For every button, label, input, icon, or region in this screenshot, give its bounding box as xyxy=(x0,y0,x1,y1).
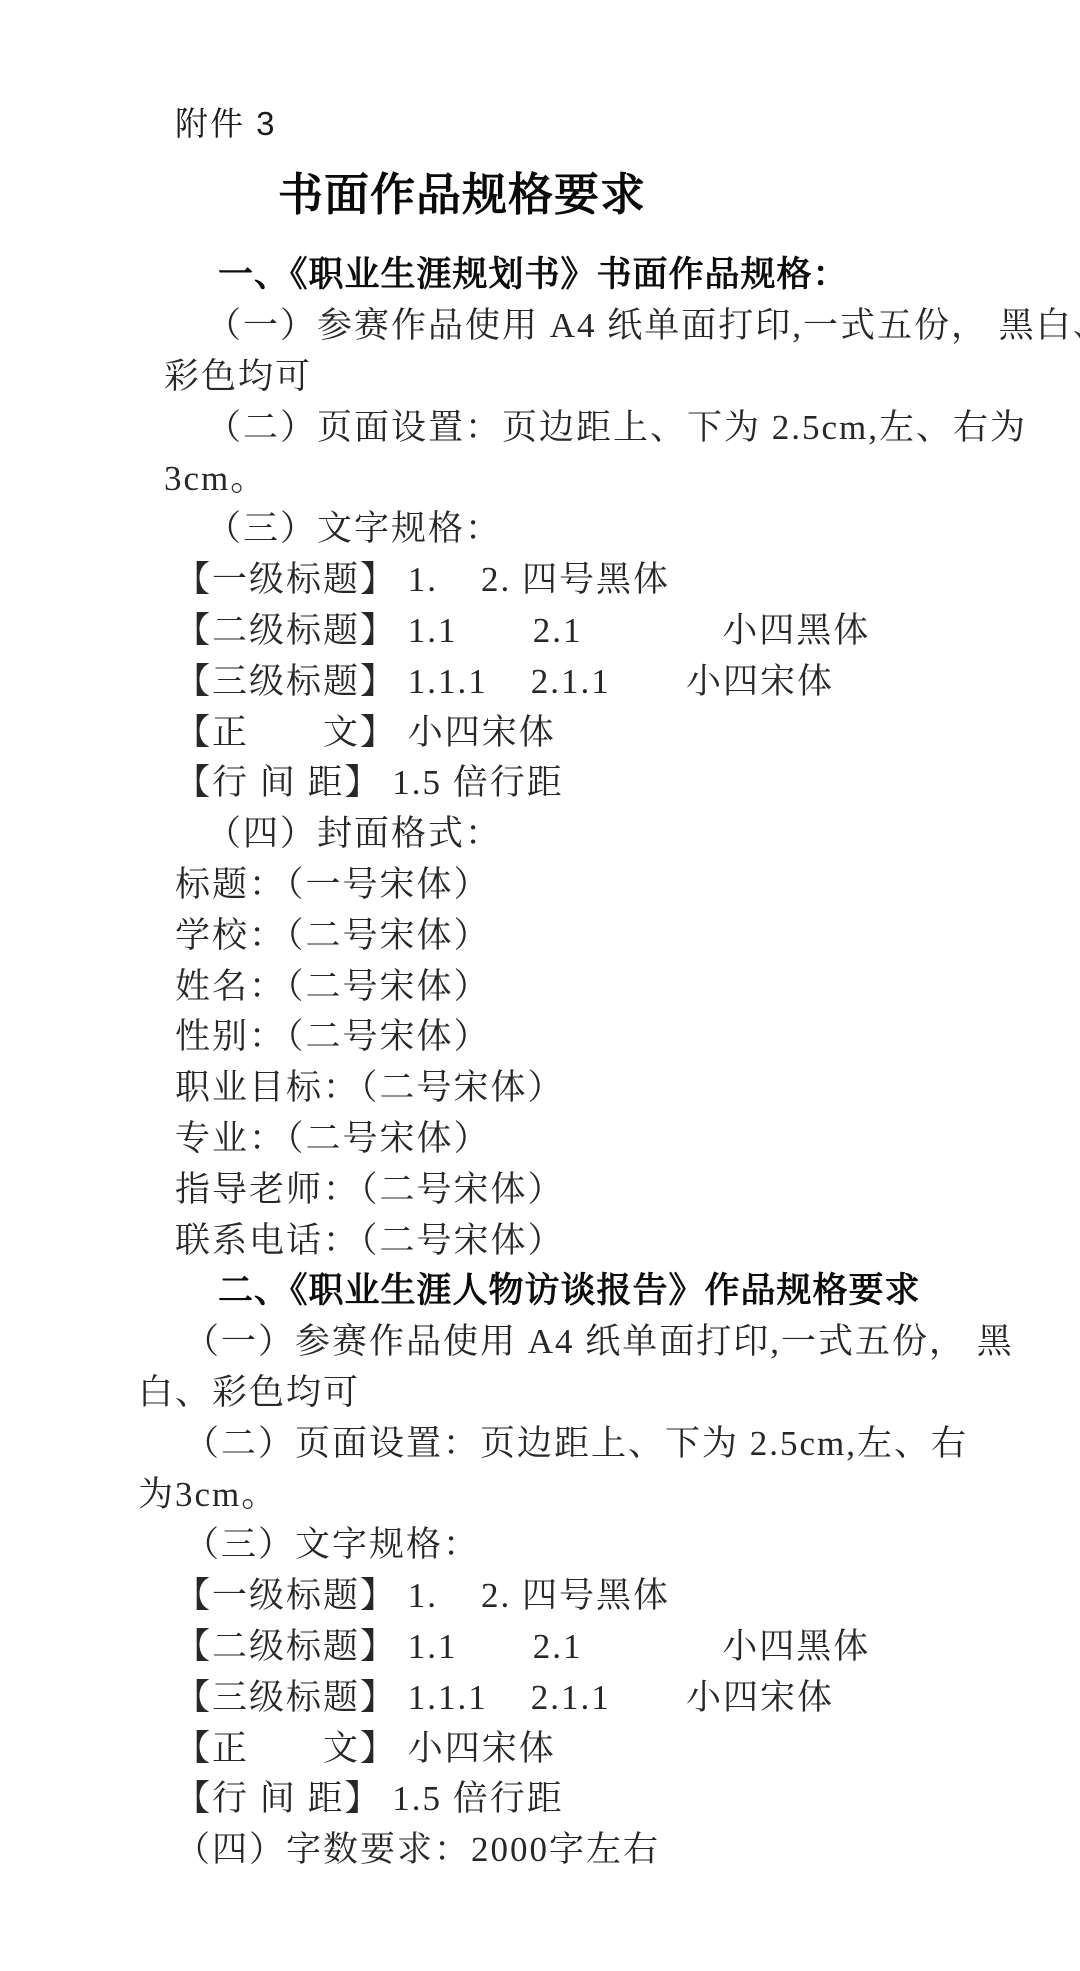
document-title: 书面作品规格要求 xyxy=(278,166,646,224)
document-body: 一、《职业生涯规划书》书面作品规格： （一）参赛作品使用 A4 纸单面打印,一式… xyxy=(0,247,1080,1873)
doc-line: 学校：（二号宋体） xyxy=(0,907,1080,958)
attachment-label: 附件 3 xyxy=(175,104,277,144)
doc-line: 【行 间 距】 1.5 倍行距 xyxy=(0,1771,1080,1822)
doc-line: （三）文字规格： xyxy=(0,1517,1080,1568)
doc-line: 为3cm。 xyxy=(0,1466,1080,1517)
document-page: 附件 3 书面作品规格要求 一、《职业生涯规划书》书面作品规格： （一）参赛作品… xyxy=(0,0,1080,1971)
doc-line: （四）封面格式： xyxy=(0,806,1080,857)
doc-line: （一）参赛作品使用 A4 纸单面打印,一式五份， 黑白、 xyxy=(0,298,1080,349)
doc-line: 【正 文】 小四宋体 xyxy=(0,704,1080,755)
doc-line: 指导老师：（二号宋体） xyxy=(0,1161,1080,1212)
doc-line: 彩色均可 xyxy=(0,349,1080,400)
doc-line: 【一级标题】 1. 2. 四号黑体 xyxy=(0,552,1080,603)
doc-line: 【三级标题】 1.1.1 2.1.1 小四宋体 xyxy=(0,653,1080,704)
doc-line: 姓名：（二号宋体） xyxy=(0,958,1080,1009)
doc-line: 职业目标：（二号宋体） xyxy=(0,1060,1080,1111)
doc-line: 专业：（二号宋体） xyxy=(0,1111,1080,1162)
doc-line: 【一级标题】 1. 2. 四号黑体 xyxy=(0,1568,1080,1619)
doc-line: （三）文字规格： xyxy=(0,501,1080,552)
doc-line: （一）参赛作品使用 A4 纸单面打印,一式五份， 黑 xyxy=(0,1314,1080,1365)
doc-line: （四）字数要求：2000字左右 xyxy=(0,1822,1080,1873)
doc-line: 【二级标题】 1.1 2.1 小四黑体 xyxy=(0,1619,1080,1670)
doc-line: 【二级标题】 1.1 2.1 小四黑体 xyxy=(0,603,1080,654)
doc-line: 【三级标题】 1.1.1 2.1.1 小四宋体 xyxy=(0,1669,1080,1720)
section-1-heading: 一、《职业生涯规划书》书面作品规格： xyxy=(0,247,1080,298)
doc-line: 性别：（二号宋体） xyxy=(0,1009,1080,1060)
doc-line: （二）页面设置：页边距上、下为 2.5cm,左、右 xyxy=(0,1415,1080,1466)
doc-line: 【正 文】 小四宋体 xyxy=(0,1720,1080,1771)
doc-line: 标题：（一号宋体） xyxy=(0,857,1080,908)
doc-line: 联系电话：（二号宋体） xyxy=(0,1212,1080,1263)
doc-line: 3cm。 xyxy=(0,450,1080,501)
doc-line: 白、彩色均可 xyxy=(0,1365,1080,1416)
doc-line: 【行 间 距】 1.5 倍行距 xyxy=(0,755,1080,806)
doc-line: （二）页面设置：页边距上、下为 2.5cm,左、右为 xyxy=(0,399,1080,450)
section-2-heading: 二、《职业生涯人物访谈报告》作品规格要求 xyxy=(0,1263,1080,1314)
